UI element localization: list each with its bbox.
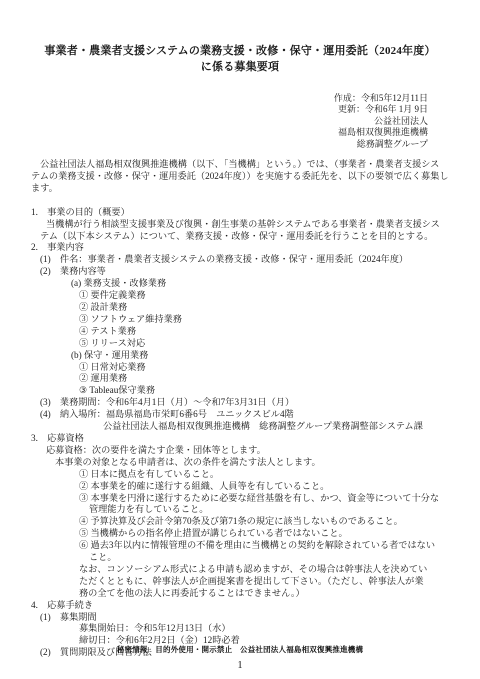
- meta-line: 更新：令和6年 1月 9日: [0, 104, 428, 115]
- doc-line: 4. 応募手続き: [31, 600, 452, 612]
- doc-line: 1. 事業の目的（概要）: [31, 207, 452, 219]
- doc-line: ① 日本に拠点を有していること。: [31, 469, 452, 481]
- document-title: 事業者・農業者支援システムの業務支援・改修・保守・運用委託（2024年度） に係…: [0, 44, 480, 75]
- doc-line: ます。: [31, 183, 452, 195]
- doc-line: 募集開始日：令和5年12月13日（水）: [31, 623, 452, 635]
- doc-line: 3. 応募資格: [31, 433, 452, 445]
- footer-confidentiality-note: 秘密情報 目的外使用・開示禁止 公益社団法人福島相双復興推進機構: [0, 644, 480, 655]
- doc-line: ③ Tableau保守業務: [31, 385, 452, 397]
- doc-line: ④ テスト業務: [31, 326, 452, 338]
- doc-line: なお、コンソーシアム形式による申請も認めますが、その場合は幹事法人を決めてい: [31, 564, 452, 576]
- doc-line: ① 要件定義業務: [31, 290, 452, 302]
- meta-line: 福島相双復興推進機構: [0, 127, 428, 138]
- doc-line: ② 本事業を的確に遂行する組織、人員等を有していること。: [31, 481, 452, 493]
- doc-line: (a) 業務支援・改修業務: [31, 278, 452, 290]
- doc-line: テム（以下本システム）について、業務支援・改修・保守・運用委託を行うことを目的と…: [31, 231, 452, 243]
- doc-line: 当機構が行う相談型支援事業及び復興・創生事業の基幹システムである事業者・農業者支…: [31, 219, 452, 231]
- doc-line: ① 日常対応業務: [31, 362, 452, 374]
- doc-line: 公益社団法人福島相双復興推進機構 総務調整グループ業務調整部システム課: [31, 421, 452, 433]
- doc-line: 管理能力を有していること。: [31, 504, 452, 516]
- document-title-line1: 事業者・農業者支援システムの業務支援・改修・保守・運用委託（2024年度）: [0, 44, 480, 60]
- doc-line: 本事業の対象となる申請者は、次の条件を満たす法人とします。: [31, 457, 452, 469]
- doc-line: ③ ソフトウェア維持業務: [31, 314, 452, 326]
- meta-block: 作成：令和5年12月11日更新：令和6年 1月 9日公益社団法人福島相双復興推進…: [0, 93, 480, 150]
- doc-line: ⑤ 当機構からの指名停止措置が講じられている者ではないこと。: [31, 528, 452, 540]
- doc-line: (2) 業務内容等: [31, 266, 452, 278]
- doc-line: ⑤ リリース対応: [31, 338, 452, 350]
- doc-line: (3) 業務期間：令和6年4月1日（月）～令和7年3月31日（月）: [31, 397, 452, 409]
- meta-line: 公益社団法人: [0, 116, 428, 127]
- doc-line: 2. 事業内容: [31, 242, 452, 254]
- doc-line: ④ 予算決算及び会計令第70条及び第71条の規定に該当しないものであること。: [31, 516, 452, 528]
- doc-line: (1) 件名：事業者・農業者支援システムの業務支援・改修・保守・運用委託（202…: [31, 254, 452, 266]
- doc-line: テムの業務支援・改修・保守・運用委託（2024年度））を実施する委託先を、以下の…: [31, 171, 452, 183]
- meta-line: 作成：令和5年12月11日: [0, 93, 428, 104]
- doc-line: (b) 保守・運用業務: [31, 350, 452, 362]
- doc-line: ⑥ 過去3年以内に情報管理の不備を理由に当機構との契約を解除されている者ではない: [31, 540, 452, 552]
- document-title-line2: に係る募集要項: [0, 60, 480, 76]
- doc-line: ③ 本事業を円滑に遂行するために必要な経営基盤を有し、かつ、資金等について十分な: [31, 493, 452, 505]
- doc-line: 務の全てを他の法人に再委託することはできません。）: [31, 588, 452, 600]
- doc-line: 公益社団法人福島相双復興推進機構（以下、「当機構」という。）では、（事業者・農業…: [31, 159, 452, 171]
- doc-line: (1) 募集期間: [31, 612, 452, 624]
- doc-line: (4) 納入場所：福島県福島市栄町6番6号 ユニックスビル4階: [31, 409, 452, 421]
- meta-line: 総務調整グループ: [0, 139, 428, 150]
- doc-line: ただくとともに、幹事法人が企画提案書を提出して下さい。（ただし、幹事法人が業: [31, 576, 452, 588]
- document-body: 公益社団法人福島相双復興推進機構（以下、「当機構」という。）では、（事業者・農業…: [31, 159, 452, 659]
- doc-line: ② 設計業務: [31, 302, 452, 314]
- document-page: 事業者・農業者支援システムの業務支援・改修・保守・運用委託（2024年度） に係…: [0, 0, 480, 679]
- doc-line: ② 運用業務: [31, 373, 452, 385]
- doc-line: 応募資格：次の要件を満たす企業・団体等とします。: [31, 445, 452, 457]
- page-number: 1: [0, 660, 480, 671]
- doc-line: こと。: [31, 552, 452, 564]
